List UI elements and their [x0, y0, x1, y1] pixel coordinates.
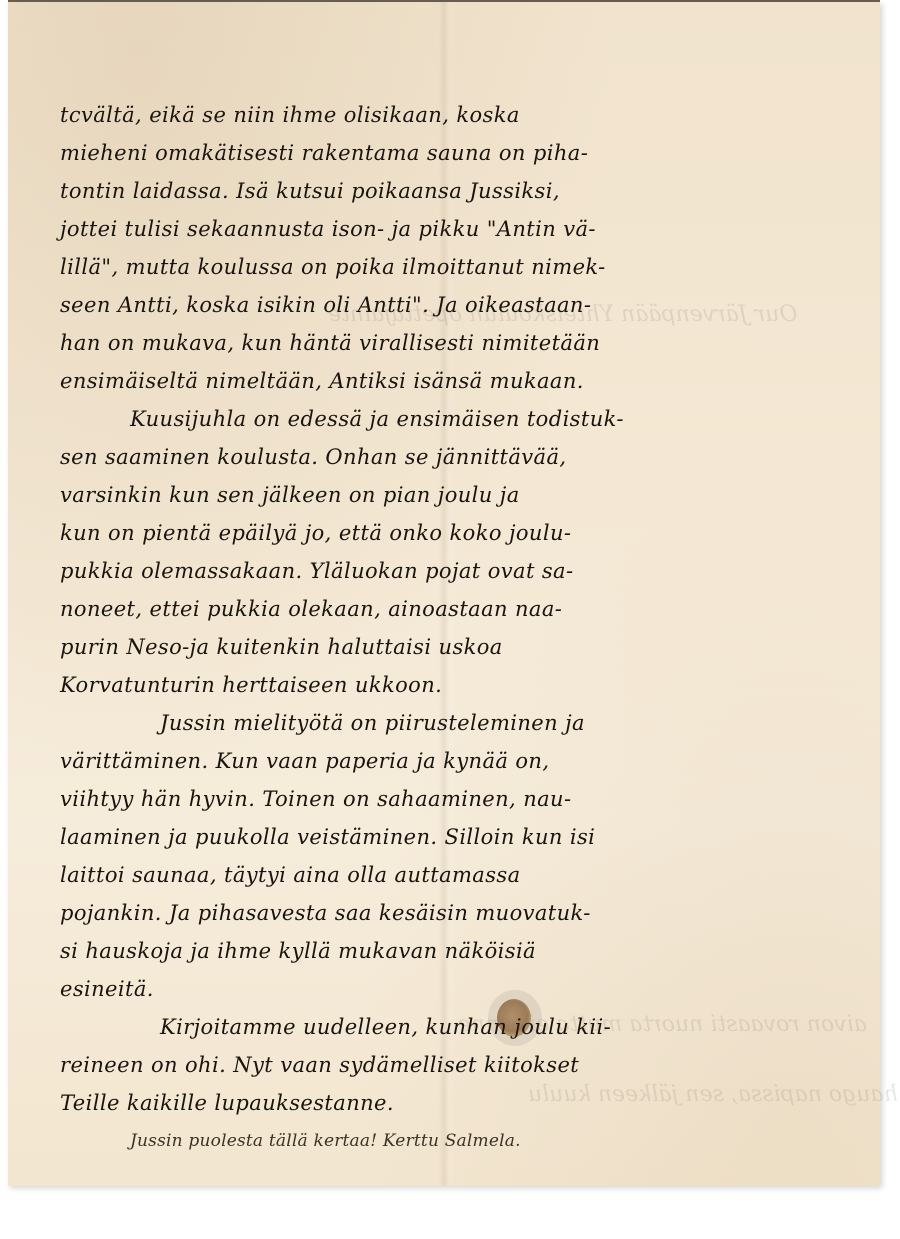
letter-line: seen Antti, koska isikin oli Antti". Ja …: [60, 286, 850, 324]
letter-line: jottei tulisi sekaannusta ison- ja pikku…: [60, 210, 850, 248]
letter-line: värittäminen. Kun vaan paperia ja kynää …: [60, 742, 850, 780]
letter-line: han on mukava, kun häntä virallisesti ni…: [60, 324, 850, 362]
letter-line: laittoi saunaa, täytyi aina olla auttama…: [60, 856, 850, 894]
letter-line: noneet, ettei pukkia olekaan, ainoastaan…: [60, 590, 850, 628]
letter-line: Kuusijuhla on edessä ja ensimäisen todis…: [60, 400, 850, 438]
letter-line: si hauskoja ja ihme kyllä mukavan näköis…: [60, 932, 850, 970]
letter-line: tcvältä, eikä se niin ihme olisikaan, ko…: [60, 96, 850, 134]
letter-line: mieheni omakätisesti rakentama sauna on …: [60, 134, 850, 172]
letter-line: viihtyy hän hyvin. Toinen on sahaaminen,…: [60, 780, 850, 818]
letter-line: purin Neso-ja kuitenkin haluttaisi uskoa: [60, 628, 850, 666]
letter-line: sen saaminen koulusta. Onhan se jännittä…: [60, 438, 850, 476]
letter-line: reineen on ohi. Nyt vaan sydämelliset ki…: [60, 1046, 850, 1084]
letter-line: kun on pientä epäilyä jo, että onko koko…: [60, 514, 850, 552]
letter-line: laaminen ja puukolla veistäminen. Silloi…: [60, 818, 850, 856]
letter-line: pojankin. Ja pihasavesta saa kesäisin mu…: [60, 894, 850, 932]
letter-line: tontin laidassa. Isä kutsui poikaansa Ju…: [60, 172, 850, 210]
letter-line: varsinkin kun sen jälkeen on pian joulu …: [60, 476, 850, 514]
letter-line: pukkia olemassakaan. Yläluokan pojat ova…: [60, 552, 850, 590]
signature-line: Jussin puolesta tällä kertaa! Kerttu Sal…: [60, 1122, 850, 1160]
letter-line: Korvatunturin herttaiseen ukkoon.: [60, 666, 850, 704]
letter-line: lillä", mutta koulussa on poika ilmoitta…: [60, 248, 850, 286]
letter-line: Kirjoitamme uudelleen, kunhan joulu kii-: [60, 1008, 850, 1046]
letter-line: ensimäiseltä nimeltään, Antiksi isänsä m…: [60, 362, 850, 400]
letter-body: tcvältä, eikä se niin ihme olisikaan, ko…: [60, 96, 850, 1160]
letter-line: esineitä.: [60, 970, 850, 1008]
letter-line: Jussin mielityötä on piirusteleminen ja: [60, 704, 850, 742]
letter-line: Teille kaikille lupauksestanne.: [60, 1084, 850, 1122]
